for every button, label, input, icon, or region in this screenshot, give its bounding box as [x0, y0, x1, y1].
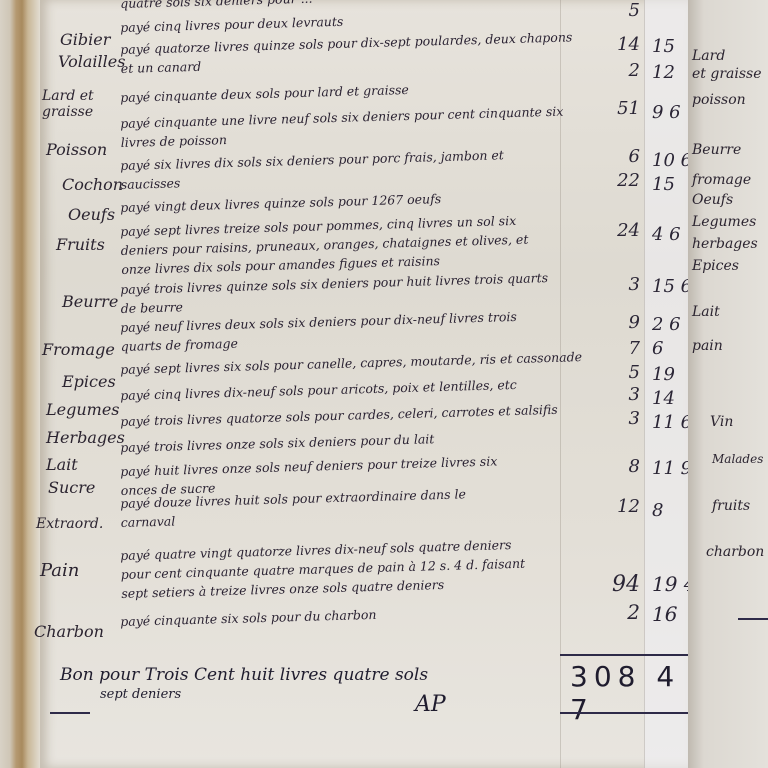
entry-text-volailles: payé quatorze livres quinze sols pour di…: [120, 28, 561, 78]
entry-label-poisson: Poisson: [46, 140, 126, 159]
entry-livres-herbages: 3: [580, 384, 640, 405]
entry-sols-fruits: 4 6: [652, 224, 688, 245]
entry-text-charbon: payé cinquante six sols pour du charbon: [120, 600, 560, 631]
next-page-dash: [738, 618, 768, 620]
entry-livres-volailles: 14: [580, 34, 640, 55]
next-label: Vin: [710, 414, 733, 430]
next-label: charbon: [706, 544, 764, 560]
entry-label-sucre: Sucre: [48, 478, 128, 497]
entry-livres-legumes: 5: [580, 362, 640, 383]
next-label: et graisse: [692, 66, 762, 82]
entry-sols-charbon: 16: [652, 602, 688, 626]
entry-line: payé cinq livres dix-neuf sols pour aric…: [120, 374, 560, 405]
entry-label-pain: Pain: [40, 560, 120, 581]
next-label: Epices: [692, 258, 739, 274]
next-label: Oeufs: [692, 192, 733, 208]
entry-livres-oeufs: 22: [580, 170, 640, 191]
next-label: fromage: [692, 172, 751, 188]
entry-sols-beurre: 15 6: [652, 276, 688, 297]
total-text: Bon pour Trois Cent huit livres quatre s…: [60, 665, 428, 685]
entry-sols-extraordinaire: 8: [652, 500, 688, 521]
entry-sols-pain: 19 4: [652, 572, 688, 596]
entry-livres-lait: 3: [580, 408, 640, 429]
next-label: Lait: [692, 304, 720, 320]
next-label: Lard: [692, 48, 725, 64]
total-rule-top: [560, 654, 688, 656]
entry-label-herbages: Herbages: [46, 428, 126, 447]
next-page-margin: Lard et graisse poisson Beurre fromage O…: [688, 0, 768, 768]
ledger-page: quatre sols six deniers pour ... Gibier …: [40, 0, 688, 768]
entry-sols-volailles: 15: [652, 36, 688, 57]
entry-sols-lard: 12: [652, 62, 688, 83]
entry-livres-gibier: 5: [580, 0, 640, 21]
entry-line: payé cinquante deux sols pour lard et gr…: [120, 76, 560, 107]
entry-label-lait: Lait: [46, 455, 126, 474]
entry-livres-lard: 2: [580, 60, 640, 81]
entry-text-legumes: payé cinq livres dix-neuf sols pour aric…: [120, 374, 560, 405]
entry-sols-sucre: 11 9: [652, 458, 688, 479]
entry-sols-legumes: 19: [652, 364, 688, 385]
entry-sols-herbages: 14: [652, 388, 688, 409]
next-label: Beurre: [692, 142, 741, 158]
entry-livres-fromage: 9: [580, 312, 640, 333]
entry-livres-sucre: 8: [580, 456, 640, 477]
entry-label-extraordinaire: Extraord.: [36, 516, 116, 532]
entry-sols-poisson: 9 6: [652, 102, 688, 123]
entry-sols-cochon: 10 6: [652, 150, 688, 171]
total-statement: Bon pour Trois Cent huit livres quatre s…: [60, 665, 540, 702]
previous-page-fragment: [2, 420, 16, 760]
entry-line: payé trois livres quatorze sols pour car…: [120, 400, 560, 431]
next-label: Legumes: [692, 214, 756, 230]
entry-label-lard: Lard et graisse: [42, 88, 102, 120]
entry-label-fromage: Fromage: [42, 340, 122, 359]
book-binding-gutter: [0, 0, 40, 768]
next-label: Malades: [712, 452, 763, 466]
entry-livres-charbon: 2: [580, 600, 640, 624]
entry-livres-extraordinaire: 12: [580, 496, 640, 517]
entry-text-herbages: payé trois livres quatorze sols pour car…: [120, 400, 560, 431]
entry-livres-pain: 94: [580, 572, 640, 597]
entry-sols-lait: 11 6: [652, 412, 688, 433]
total-text-continued: sept deniers: [100, 687, 540, 702]
total-amount: 308 4 7: [570, 660, 688, 726]
next-label: pain: [692, 338, 723, 354]
next-label: poisson: [692, 92, 746, 108]
entry-text-lard: payé cinquante deux sols pour lard et gr…: [120, 76, 560, 107]
entry-sols-oeufs: 15: [652, 174, 688, 195]
entry-livres-beurre: 3: [580, 274, 640, 295]
entry-line: payé cinquante six sols pour du charbon: [120, 600, 560, 631]
entry-livres-epices: 7: [580, 338, 640, 359]
entry-label-legumes: Legumes: [46, 400, 126, 419]
entry-text-pain: payé quatre vingt quatorze livres dix-ne…: [120, 534, 561, 603]
signature-paraph: AP: [415, 692, 446, 717]
total-dash: [50, 712, 90, 714]
total-rule-bottom: [560, 712, 688, 714]
next-label: herbages: [692, 236, 758, 252]
entry-text-poisson: payé cinquante une livre neuf sols six d…: [120, 102, 561, 152]
entry-sols-epices: 6: [652, 338, 688, 359]
entry-text-cochon: payé six livres dix sols six deniers pou…: [120, 144, 561, 194]
entry-label-charbon: Charbon: [34, 622, 114, 641]
next-label: fruits: [712, 498, 750, 514]
entry-livres-fruits: 24: [580, 220, 640, 241]
sols-column-rule: [644, 0, 645, 768]
entry-livres-cochon: 6: [580, 146, 640, 167]
entry-livres-poisson: 51: [580, 98, 640, 119]
entry-sols-fromage: 2 6: [652, 314, 688, 335]
